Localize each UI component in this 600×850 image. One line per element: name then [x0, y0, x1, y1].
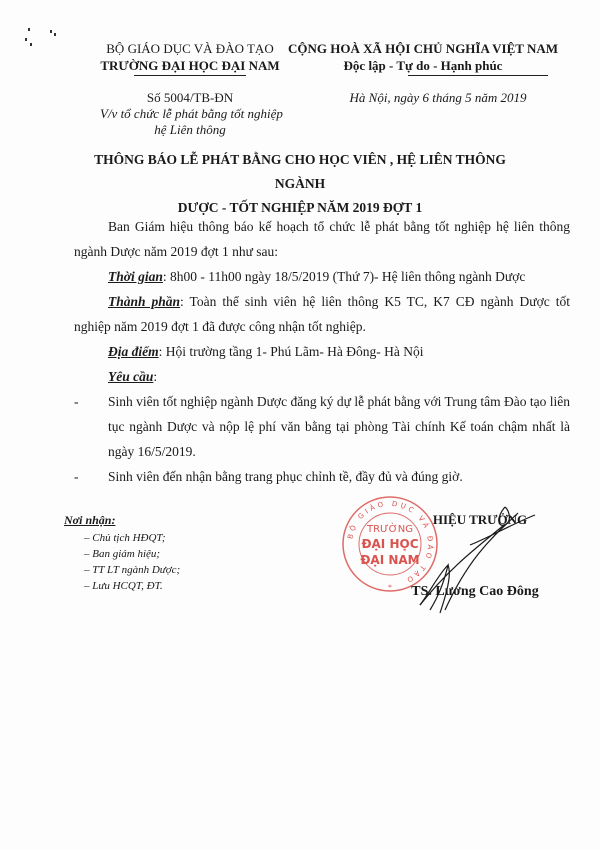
location-value: : Hội trường tầng 1- Phú Lãm- Hà Đông- H…	[159, 344, 424, 359]
document-body: Ban Giám hiệu thông báo kế hoạch tổ chức…	[74, 214, 570, 489]
ministry-name: BỘ GIÁO DỤC VÀ ĐÀO TẠO	[100, 40, 280, 57]
requirement-text: Sinh viên đến nhận bằng trang phục chỉnh…	[108, 464, 570, 489]
time-paragraph: Thời gian: 8h00 - 11h00 ngày 18/5/2019 (…	[74, 264, 570, 289]
requirement-item: - Sinh viên đến nhận bằng trang phục chỉ…	[74, 464, 570, 489]
document-title: THÔNG BÁO LỄ PHÁT BẰNG CHO HỌC VIÊN , HỆ…	[70, 148, 530, 220]
title-line: THÔNG BÁO LỄ PHÁT BẰNG CHO HỌC VIÊN , HỆ…	[70, 148, 530, 196]
requirement-text: Sinh viên tốt nghiệp ngành Dược đăng ký …	[108, 389, 570, 464]
participants-paragraph: Thành phần: Toàn thể sinh viên hệ liên t…	[74, 289, 570, 339]
recipient-item: – TT LT ngành Dược;	[64, 562, 180, 578]
issue-date: Hà Nội, ngày 6 tháng 5 năm 2019	[318, 90, 558, 106]
country-name: CỘNG HOÀ XÃ HỘI CHỦ NGHĨA VIỆT NAM	[288, 40, 558, 57]
participants-label: Thành phần	[108, 294, 180, 309]
intro-paragraph: Ban Giám hiệu thông báo kế hoạch tổ chức…	[74, 214, 570, 264]
document-page: BỘ GIÁO DỤC VÀ ĐÀO TẠO TRƯỜNG ĐẠI HỌC ĐẠ…	[0, 0, 600, 850]
bullet-dash: -	[74, 389, 108, 464]
recipients-heading: Nơi nhận:	[64, 512, 180, 528]
requirements-label: Yêu cầu	[108, 369, 153, 384]
scan-speck	[30, 43, 32, 46]
subject-line: V/v tổ chức lễ phát bằng tốt nghiệp	[100, 106, 280, 122]
bullet-dash: -	[74, 464, 108, 489]
motto-rule	[408, 75, 548, 76]
recipients-block: Nơi nhận: – Chủ tịch HĐQT; – Ban giám hi…	[64, 512, 180, 594]
recipient-item: – Ban giám hiệu;	[64, 546, 180, 562]
national-header: CỘNG HOÀ XÃ HỘI CHỦ NGHĨA VIỆT NAM Độc l…	[288, 40, 558, 76]
subject-line: hệ Liên thông	[100, 122, 280, 138]
document-number: Số 5004/TB-ĐN	[100, 90, 280, 106]
reference-block: Số 5004/TB-ĐN V/v tổ chức lễ phát bằng t…	[100, 90, 280, 138]
recipient-item: – Lưu HCQT, ĐT.	[64, 578, 180, 594]
recipient-item: – Chủ tịch HĐQT;	[64, 530, 180, 546]
scan-speck	[25, 38, 27, 41]
location-paragraph: Địa điểm: Hội trường tầng 1- Phú Lãm- Hà…	[74, 339, 570, 364]
location-label: Địa điểm	[108, 344, 159, 359]
requirement-item: - Sinh viên tốt nghiệp ngành Dược đăng k…	[74, 389, 570, 464]
university-name: TRƯỜNG ĐẠI HỌC ĐẠI NAM	[100, 57, 280, 74]
time-value: : 8h00 - 11h00 ngày 18/5/2019 (Thứ 7)- H…	[163, 269, 525, 284]
header-rule	[134, 75, 246, 76]
handwritten-signature-icon	[400, 505, 550, 615]
national-motto: Độc lập - Tự do - Hạnh phúc	[288, 57, 558, 74]
issuer-header: BỘ GIÁO DỤC VÀ ĐÀO TẠO TRƯỜNG ĐẠI HỌC ĐẠ…	[100, 40, 280, 76]
requirements-heading: Yêu cầu:	[74, 364, 570, 389]
scan-speck	[28, 28, 30, 31]
scan-speck	[50, 30, 52, 33]
scan-speck	[54, 33, 56, 36]
time-label: Thời gian	[108, 269, 163, 284]
